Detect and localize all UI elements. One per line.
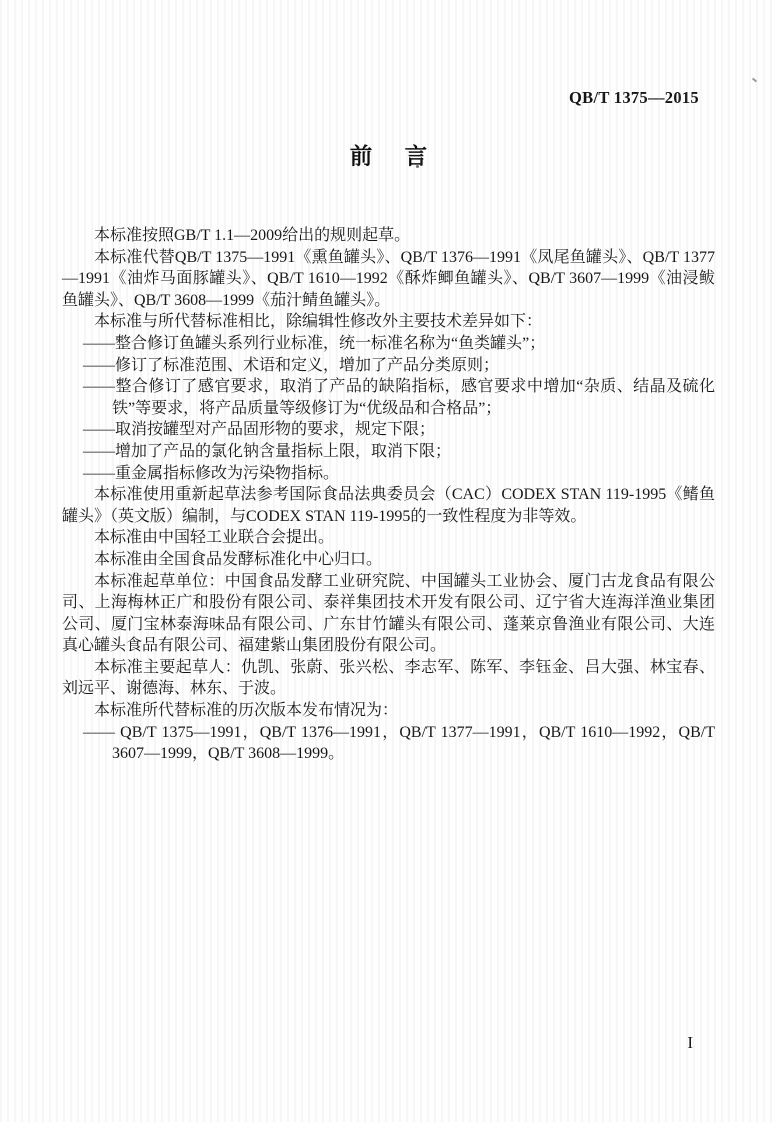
foreword-paragraph: 本标准由全国食品发酵标准化中心归口。 (62, 549, 715, 571)
page-number: I (687, 1033, 693, 1053)
foreword-dash-item: ——修订了标准范围、术语和定义，增加了产品分类原则； (62, 355, 715, 377)
foreword-paragraph: 本标准主要起草人：仇凯、张蔚、张兴松、李志军、陈军、李钰金、吕大强、林宝春、刘远… (62, 657, 715, 700)
foreword-body: 本标准按照GB/T 1.1—2009给出的规则起草。 本标准代替QB/T 137… (62, 225, 715, 765)
document-page: QB/T 1375—2015 前 言 本标准按照GB/T 1.1—2009给出的… (0, 0, 777, 1122)
foreword-paragraph: 本标准所代替标准的历次版本发布情况为： (62, 700, 715, 722)
scan-artifact-mark (752, 78, 757, 83)
scan-artifact-dot (416, 165, 419, 168)
foreword-dash-item: —— QB/T 1375—1991，QB/T 1376—1991，QB/T 13… (62, 722, 715, 765)
foreword-dash-item: ——取消按罐型对产品固形物的要求，规定下限； (62, 419, 715, 441)
foreword-dash-item: ——增加了产品的氯化钠含量指标上限，取消下限； (62, 441, 715, 463)
foreword-paragraph: 本标准与所代替标准相比，除编辑性修改外主要技术差异如下： (62, 311, 715, 333)
foreword-dash-item: ——整合修订鱼罐头系列行业标准，统一标准名称为“鱼类罐头”； (62, 333, 715, 355)
standard-number: QB/T 1375—2015 (62, 88, 715, 108)
foreword-paragraph: 本标准按照GB/T 1.1—2009给出的规则起草。 (62, 225, 715, 247)
foreword-paragraph: 本标准使用重新起草法参考国际食品法典委员会（CAC）CODEX STAN 119… (62, 484, 715, 527)
foreword-title: 前 言 (62, 145, 715, 169)
foreword-dash-item: ——重金属指标修改为污染物指标。 (62, 463, 715, 485)
foreword-paragraph: 本标准起草单位：中国食品发酵工业研究院、中国罐头工业协会、厦门古龙食品有限公司、… (62, 571, 715, 657)
foreword-paragraph: 本标准由中国轻工业联合会提出。 (62, 527, 715, 549)
foreword-paragraph: 本标准代替QB/T 1375—1991《熏鱼罐头》、QB/T 1376—1991… (62, 247, 715, 312)
foreword-dash-item: ——整合修订了感官要求，取消了产品的缺陷指标，感官要求中增加“杂质、结晶及硫化铁… (62, 376, 715, 419)
